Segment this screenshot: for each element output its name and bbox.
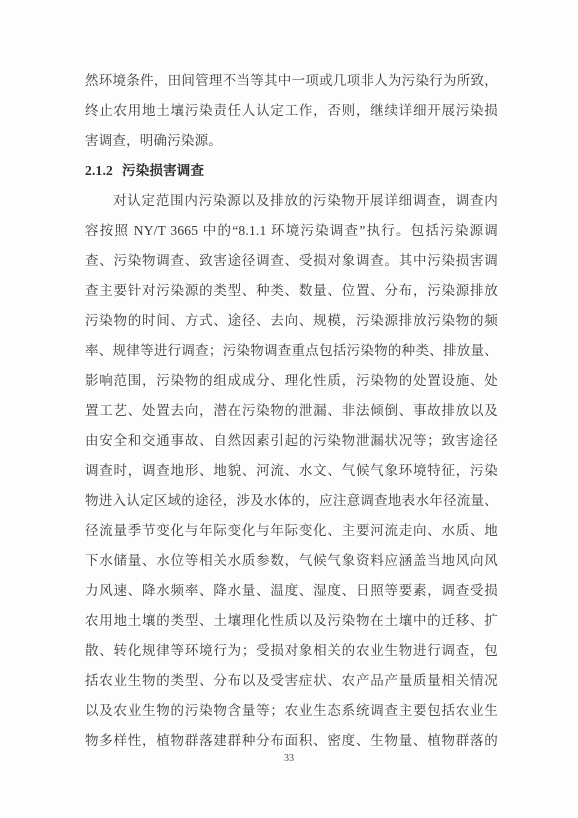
paragraph-line: 由安全和交通事故、自然因素引起的污染物泄漏状况等；致害途径: [85, 426, 498, 456]
paragraph-line: 污染物的时间、方式、途径、去向、规模，污染源排放污染物的频: [85, 306, 498, 336]
document-page: 然环境条件，田间管理不当等其中一项或几项非人为污染行为所致， 终止农用地土壤污染…: [0, 0, 578, 818]
section-heading-number: 2.1.2: [85, 163, 113, 178]
paragraph-line: 下水储量、水位等相关水质参数，气候气象资料应涵盖当地风向风: [85, 546, 498, 576]
paragraph-line: 农用地土壤的类型、土壤理化性质以及污染物在土壤中的迁移、扩: [85, 606, 498, 636]
page-number: 33: [0, 752, 578, 766]
paragraph-line: 率、规律等进行调查；污染物调查重点包括污染物的种类、排放量、: [85, 336, 498, 366]
paragraph-line: 物进入认定区域的途径，涉及水体的，应注意调查地表水年径流量、: [85, 486, 498, 516]
section-heading-title: 污染损害调查: [122, 163, 204, 178]
paragraph-line: 调查时，调查地形、地貌、河流、水文、气候气象环境特征，污染: [85, 456, 498, 486]
paragraph-line: 容按照 NY/T 3665 中的“8.1.1 环境污染调查”执行。包括污染源调: [85, 216, 498, 246]
paragraph-line: 力风速、降水频率、降水量、温度、湿度、日照等要素，调查受损: [85, 576, 498, 606]
paragraph-line: 查主要针对污染源的类型、种类、数量、位置、分布，污染源排放: [85, 276, 498, 306]
paragraph-line: 置工艺、处置去向，潜在污染物的泄漏、非法倾倒、事故排放以及: [85, 396, 498, 426]
paragraph-line: 括农业生物的类型、分布以及受害症状、农产品产量质量相关情况: [85, 666, 498, 696]
paragraph-line: 影响范围，污染物的组成成分、理化性质，污染物的处置设施、处: [85, 366, 498, 396]
paragraph-line: 害调查，明确污染源。: [85, 126, 498, 156]
paragraph-line: 以及农业生物的污染物含量等；农业生态系统调查主要包括农业生: [85, 696, 498, 726]
section-heading: 2.1.2污染损害调查: [85, 156, 498, 186]
text-block: 然环境条件，田间管理不当等其中一项或几项非人为污染行为所致， 终止农用地土壤污染…: [85, 66, 498, 756]
paragraph-line: 终止农用地土壤污染责任人认定工作，否则，继续详细开展污染损: [85, 96, 498, 126]
paragraph-line: 查、污染物调查、致害途径调查、受损对象调查。其中污染损害调: [85, 246, 498, 276]
paragraph-line: 然环境条件，田间管理不当等其中一项或几项非人为污染行为所致，: [85, 66, 498, 96]
paragraph-line: 径流量季节变化与年际变化与年际变化、主要河流走向、水质、地: [85, 516, 498, 546]
paragraph-line: 对认定范围内污染源以及排放的污染物开展详细调查，调查内: [85, 186, 498, 216]
paragraph-line: 散、转化规律等环境行为；受损对象相关的农业生物进行调查，包: [85, 636, 498, 666]
